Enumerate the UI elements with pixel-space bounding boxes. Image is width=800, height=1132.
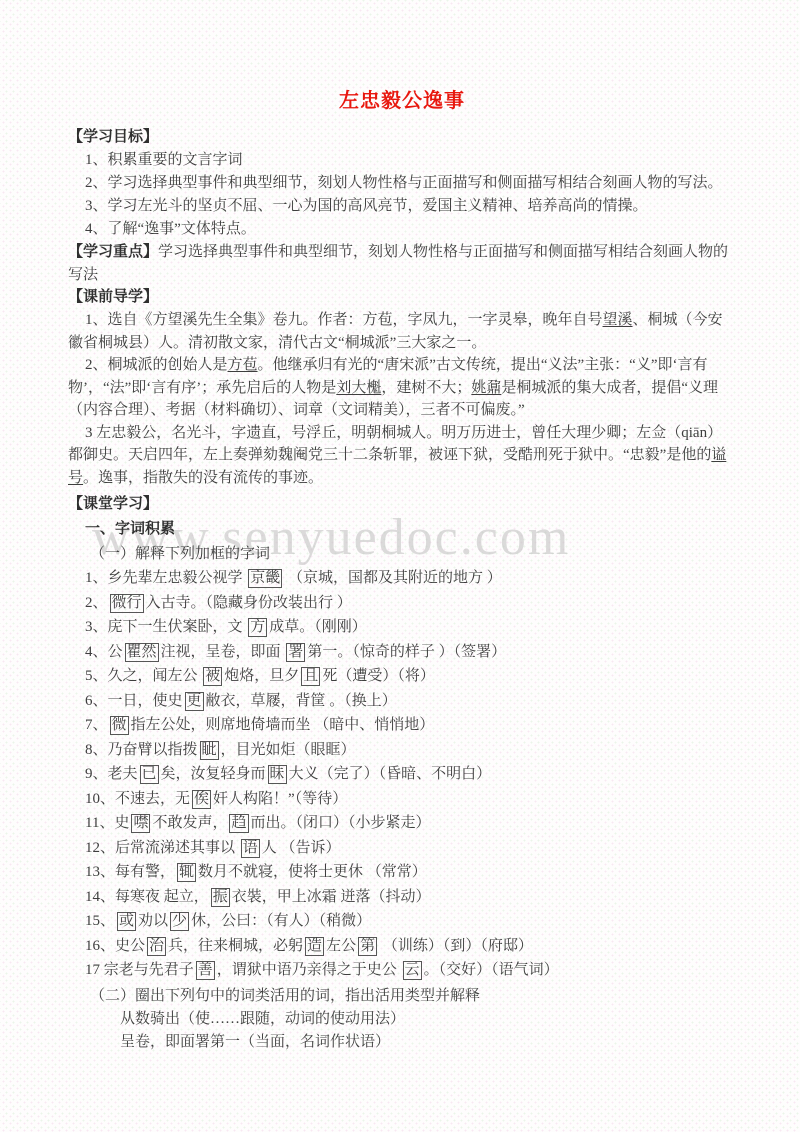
text-segment: 敝衣，草屦，背筐 。（换上） — [206, 693, 397, 709]
boxed-word: 振 — [211, 888, 230, 907]
text-line: 7、微指左公处，则席地倚墙而坐 （暗中、悄悄地） — [68, 713, 736, 738]
preclass-header: 【课前导学】 — [68, 286, 736, 309]
text-line: 1、乡先辈左忠毅公视学 京畿 （京城，国都及其附近的地方 ） — [68, 566, 736, 591]
boxed-word: 署 — [286, 643, 305, 662]
text-line: 17 宗老与先君子善，谓狱中语乃亲得之于史公 云。（交好）（语气词） — [68, 958, 736, 983]
vocab-list: 1、乡先辈左忠毅公视学 京畿 （京城，国都及其附近的地方 ）2、微行入古寺。（隐… — [68, 566, 736, 983]
boxed-word: 或 — [117, 912, 136, 931]
focus-paragraph: 【学习重点】学习选择典型事件和典型细节，刻划人物性格与正面描写和侧面描写相结合刻… — [68, 241, 736, 286]
text-segment: （京城，国都及其附近的地方 ） — [284, 570, 502, 586]
boxed-word: 方 — [248, 618, 267, 637]
focus-text: 学习选择典型事件和典型细节，刻划人物性格与正面描写和侧面描写相结合刻画人物的写法 — [68, 244, 728, 283]
text-segment: ，目光如炬（眼眶） — [221, 742, 356, 758]
text-segment: 成草。（刚刚） — [269, 619, 367, 635]
goals-header: 【学习目标】 — [68, 126, 736, 149]
boxed-word: 云 — [403, 961, 422, 980]
boxed-word: 京畿 — [248, 569, 282, 588]
text-segment: ，建树不大； — [381, 380, 471, 396]
text-segment: 不敢发声， — [152, 815, 227, 831]
boxed-word: 辄 — [177, 863, 196, 882]
text-segment: 衣裝，甲上冰霜 迸落（抖动） — [232, 889, 431, 905]
boxed-word: 趋 — [229, 814, 248, 833]
boxed-word: 语 — [241, 839, 260, 858]
text-line: 11、史噤不敢发声，趋而出。（闭口）（小步紧走） — [68, 811, 736, 836]
text-segment: 2、 — [85, 595, 108, 611]
classroom-subheading: 一、字词积累 — [68, 518, 736, 541]
text-line: 16、史公治兵，往来桐城，必躬造左公第 （训练）（到）（府邸） — [68, 934, 736, 959]
text-segment: 从数骑出（使……跟随，动词的使动用法） — [120, 1011, 405, 1027]
boxed-word: 治 — [147, 937, 166, 956]
boxed-word: 被 — [203, 667, 222, 686]
text-line: 1、选自《方望溪先生全集》卷九。作者：方苞，字凤九，一字灵皋，晚年自号望溪、桐城… — [68, 309, 736, 354]
text-segment: 4、公 — [85, 644, 123, 660]
boxed-word: 眦 — [200, 741, 219, 760]
text-segment: 13、每有警， — [85, 864, 175, 880]
text-line: 15、或劝以少休，公曰：（有人）（稍微） — [68, 909, 736, 934]
text-line: 5、久之，闻左公 被炮烙，旦夕且死（遭受）（将） — [68, 664, 736, 689]
section-learning-goals: 【学习目标】 1、积累重要的文言字词2、学习选择典型事件和典型细节，刻划人物性格… — [68, 126, 736, 241]
text-segment: 死（遭受）（将） — [322, 668, 435, 684]
text-segment: 炮烙，旦夕 — [224, 668, 299, 684]
boxed-word: 噤 — [131, 814, 150, 833]
text-segment: 9、老夫 — [85, 766, 138, 782]
text-segment: 3、学习左光斗的坚贞不屈、一心为国的高风亮节，爱国主义精神、培养高尚的情操。 — [85, 198, 648, 214]
text-line: 从数骑出（使……跟随，动词的使动用法） — [68, 1008, 736, 1031]
underlined-word: 刘大櫆 — [336, 380, 381, 396]
text-segment: 。逸事，指散失的没有流传的事迹。 — [83, 470, 323, 486]
text-segment: （训练）（到）（府邸） — [379, 938, 533, 954]
text-segment: 16、史公 — [85, 938, 145, 954]
boxed-word: 造 — [305, 937, 324, 956]
underlined-word: 望溪 — [603, 312, 633, 328]
text-segment: 7、 — [85, 717, 108, 733]
text-segment: 而出。（闭口）（小步紧走） — [251, 815, 431, 831]
text-segment: 3、庑下一生伏案卧，文 — [85, 619, 246, 635]
text-segment: 1、乡先辈左忠毅公视学 — [85, 570, 246, 586]
section-classroom: 【课堂学习】 一、字词积累 （一）解释下列加框的字词 1、乡先辈左忠毅公视学 京… — [68, 493, 736, 1054]
text-line: 4、公瞿然注视，呈卷，即面 署第一。（惊奇的样子 ）（签署） — [68, 640, 736, 665]
text-line: 8、乃奋臂以指拨眦，目光如炬（眼眶） — [68, 738, 736, 763]
text-segment: 大义（完了）（昏暗、不明白） — [289, 766, 492, 782]
text-segment: 兵，往来桐城，必躬 — [168, 938, 303, 954]
text-segment: 奸人构陷！”（等待） — [213, 791, 347, 807]
text-segment: 左公 — [326, 938, 356, 954]
text-segment: 5、久之，闻左公 — [85, 668, 201, 684]
text-segment: 指左公处，则席地倚墙而坐 （暗中、悄悄地） — [131, 717, 435, 733]
text-segment: 8、乃奋臂以指拨 — [85, 742, 198, 758]
text-segment: 第一。（惊奇的样子 ）（签署） — [307, 644, 506, 660]
text-segment: 休，公曰：（有人）（稍微） — [191, 913, 371, 929]
part2-label: （二）圈出下列句中的词类活用的词，指出活用类型并解释 — [68, 985, 736, 1008]
text-segment: 12、后常流涕述其事以 — [85, 840, 239, 856]
boxed-word: 俟 — [192, 790, 211, 809]
text-segment: 11、史 — [85, 815, 129, 831]
boxed-word: 昧 — [268, 765, 287, 784]
text-segment: 3 左忠毅公，名光斗，字遗直，号浮丘，明朝桐城人。明万历进士，曾任大理少卿；左佥… — [68, 425, 722, 464]
text-segment: 6、一日，使史 — [85, 693, 183, 709]
boxed-word: 且 — [301, 667, 320, 686]
text-segment: 1、积累重要的文言字词 — [85, 152, 243, 168]
text-segment: 2、学习选择典型事件和典型细节，刻划人物性格与正面描写和侧面描写相结合刻画人物的… — [85, 175, 723, 191]
boxed-word: 微行 — [110, 594, 144, 613]
text-segment: 15、 — [85, 913, 115, 929]
text-line: 1、积累重要的文言字词 — [68, 149, 736, 172]
text-line: 3、学习左光斗的坚贞不屈、一心为国的高风亮节，爱国主义精神、培养高尚的情操。 — [68, 195, 736, 218]
boxed-word: 已 — [140, 765, 159, 784]
text-line: 9、老夫已矣，汝复轻身而昧大义（完了）（昏暗、不明白） — [68, 762, 736, 787]
text-line: 12、后常流涕述其事以 语人 （告诉） — [68, 836, 736, 861]
text-segment: 注视，呈卷，即面 — [161, 644, 285, 660]
boxed-word: 第 — [358, 937, 377, 956]
text-line: 2、微行入古寺。（隐藏身份改装出行 ） — [68, 591, 736, 616]
goals-list: 1、积累重要的文言字词2、学习选择典型事件和典型细节，刻划人物性格与正面描写和侧… — [68, 149, 736, 241]
part2-list: 从数骑出（使……跟随，动词的使动用法）呈卷，即面署第一（当面，名词作状语） — [68, 1008, 736, 1054]
text-segment: 入古寺。（隐藏身份改装出行 ） — [146, 595, 352, 611]
section-learning-focus: 【学习重点】学习选择典型事件和典型细节，刻划人物性格与正面描写和侧面描写相结合刻… — [68, 241, 736, 286]
text-line: 10、不速去，无俟奸人构陷！”（等待） — [68, 787, 736, 812]
text-segment: 14、每寒夜 起立， — [85, 889, 209, 905]
text-segment: 。（交好）（语气词） — [424, 962, 559, 978]
scanned-document-page: { "title": { "text": "左忠毅公逸事", "color": … — [0, 0, 800, 1132]
underlined-word: 方苞 — [228, 357, 258, 373]
text-line: 6、一日，使史更敝衣，草屦，背筐 。（换上） — [68, 689, 736, 714]
text-segment: 1、选自《方望溪先生全集》卷九。作者：方苞，字凤九，一字灵皋，晚年自号 — [85, 312, 603, 328]
text-segment: 呈卷，即面署第一（当面，名词作状语） — [120, 1034, 390, 1050]
boxed-word: 微 — [110, 716, 129, 735]
text-line: 14、每寒夜 起立，振衣裝，甲上冰霜 迸落（抖动） — [68, 885, 736, 910]
text-line: 2、学习选择典型事件和典型细节，刻划人物性格与正面描写和侧面描写相结合刻画人物的… — [68, 172, 736, 195]
boxed-word: 更 — [185, 692, 204, 711]
text-segment: 10、不速去，无 — [85, 791, 190, 807]
boxed-word: 少 — [170, 912, 189, 931]
part1-label: （一）解释下列加框的字词 — [68, 543, 736, 566]
text-segment: ，谓狱中语乃亲得之于史公 — [217, 962, 401, 978]
text-line: 3、庑下一生伏案卧，文 方成草。（刚刚） — [68, 615, 736, 640]
text-line: 2、桐城派的创始人是方苞。他继承归有光的“唐宋派”古文传统，提出“义法”主张：“… — [68, 354, 736, 422]
text-segment: 数月不就寝，使将士更休 （常常） — [198, 864, 427, 880]
underlined-word: 姚鼐 — [471, 380, 501, 396]
text-line: 呈卷，即面署第一（当面，名词作状语） — [68, 1031, 736, 1054]
boxed-word: 瞿然 — [125, 643, 159, 662]
preclass-list: 1、选自《方望溪先生全集》卷九。作者：方苞，字凤九，一字灵皋，晚年自号望溪、桐城… — [68, 309, 736, 489]
document-content: 左忠毅公逸事 【学习目标】 1、积累重要的文言字词2、学习选择典型事件和典型细节… — [68, 84, 736, 1054]
text-segment: 4、了解“逸事”文体特点。 — [85, 221, 256, 237]
text-line: 3 左忠毅公，名光斗，字遗直，号浮丘，明朝桐城人。明万历进士，曾任大理少卿；左佥… — [68, 422, 736, 490]
text-line: 4、了解“逸事”文体特点。 — [68, 218, 736, 241]
document-title: 左忠毅公逸事 — [68, 84, 736, 113]
section-preclass: 【课前导学】 1、选自《方望溪先生全集》卷九。作者：方苞，字凤九，一字灵皋，晚年… — [68, 286, 736, 489]
text-segment: 17 宗老与先君子 — [85, 962, 194, 978]
text-segment: 2、桐城派的创始人是 — [85, 357, 228, 373]
text-segment: 劝以 — [138, 913, 168, 929]
text-segment: 矣，汝复轻身而 — [161, 766, 266, 782]
classroom-header: 【课堂学习】 — [68, 493, 736, 516]
boxed-word: 善 — [196, 961, 215, 980]
text-segment: 人 （告诉） — [262, 840, 341, 856]
focus-header: 【学习重点】 — [68, 244, 158, 260]
text-line: 13、每有警，辄数月不就寝，使将士更休 （常常） — [68, 860, 736, 885]
